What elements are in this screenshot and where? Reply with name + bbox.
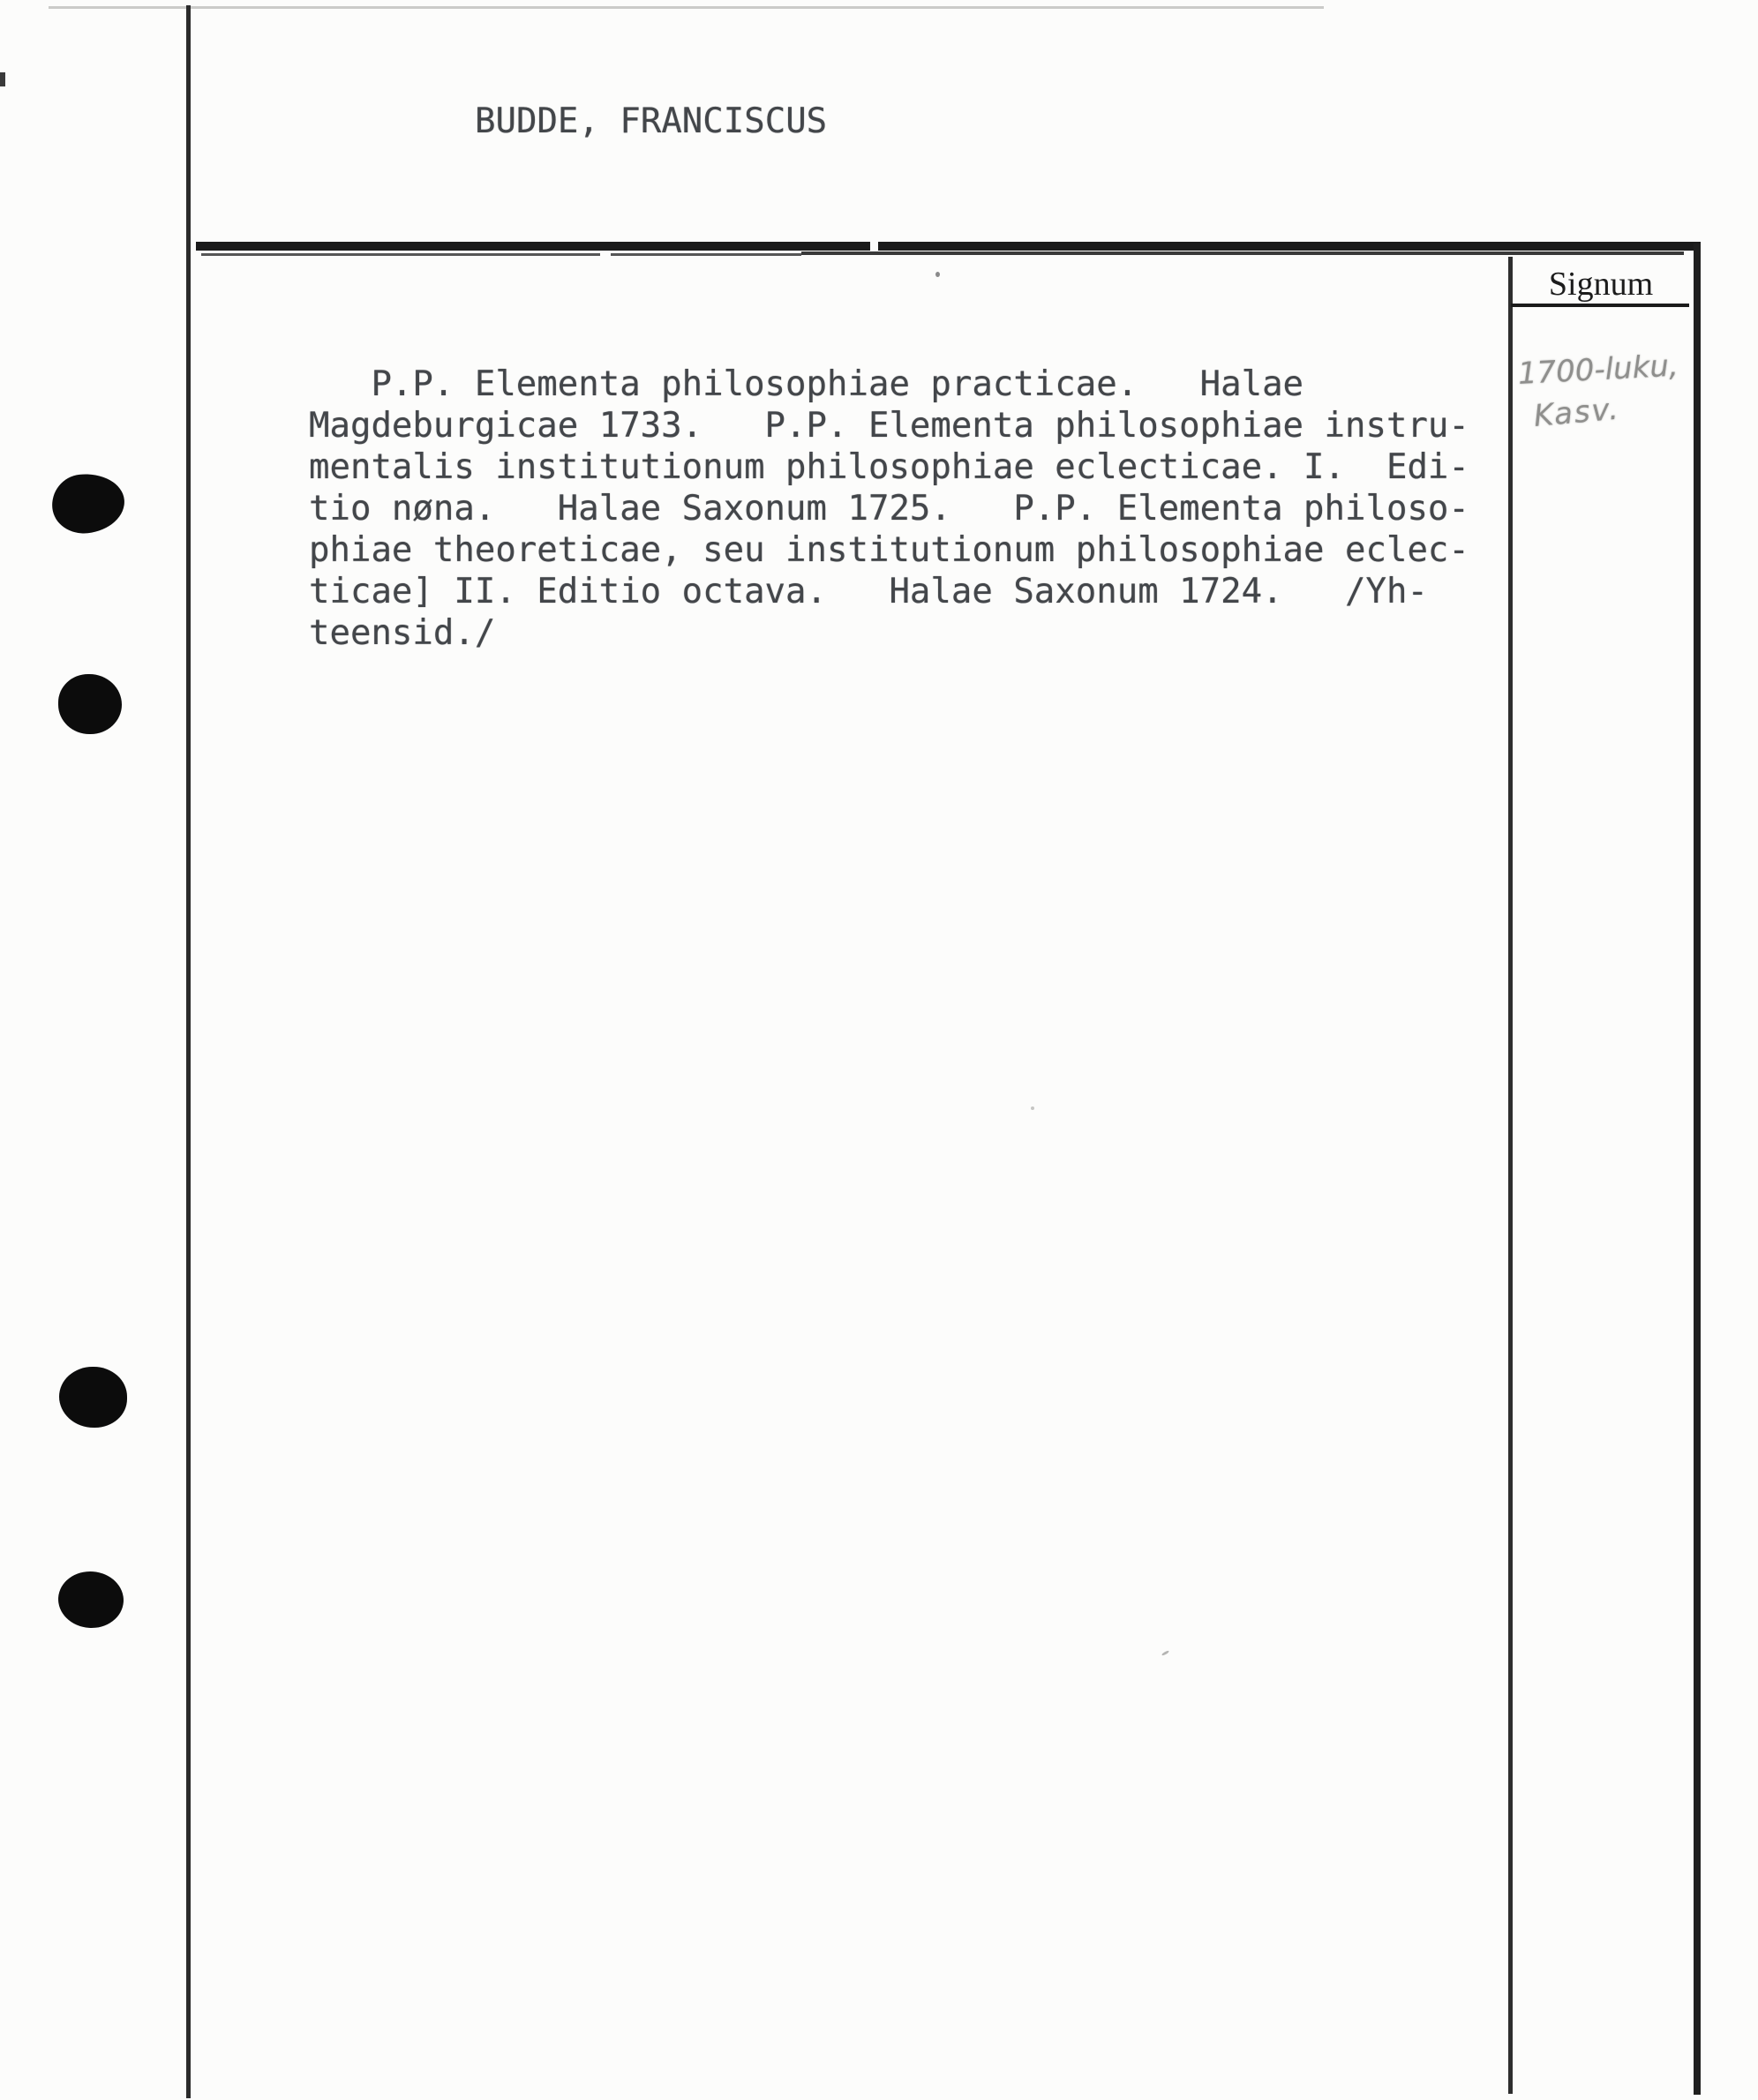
- bibliographic-entry-text: P.P. Elementa philosophiae practicae. Ha…: [309, 364, 1469, 654]
- hole-punch: [49, 470, 128, 536]
- handwritten-shelfmark-line2: Kasv.: [1532, 392, 1621, 434]
- card-right-border-rule: [1694, 244, 1701, 2095]
- hole-punch: [59, 1367, 127, 1428]
- handwritten-shelfmark-line1: 1700-luku,: [1517, 349, 1679, 392]
- header-rule-gap: [870, 241, 878, 251]
- scan-speck: [1031, 1106, 1034, 1110]
- signum-column-header: Signum: [1513, 265, 1689, 304]
- card-heading: BUDDE, FRANCISCUS: [475, 101, 827, 142]
- left-margin-rule: [186, 5, 191, 2098]
- hole-punch: [56, 1569, 125, 1630]
- top-edge-scan-line: [49, 6, 1324, 9]
- scan-speck: [1161, 1650, 1169, 1656]
- hole-punch: [58, 674, 122, 734]
- left-edge-scan-artifact: [0, 72, 5, 86]
- header-rule-thin-segment: [801, 251, 1684, 255]
- scan-speck: [935, 272, 940, 277]
- signum-header-underline: [1511, 304, 1689, 307]
- header-rule-thick: [196, 242, 1701, 251]
- header-rule-thin-segment: [611, 253, 801, 256]
- header-rule-thin-segment: [201, 253, 600, 256]
- signum-column-left-rule: [1508, 257, 1513, 2094]
- catalog-card-scan: BUDDE, FRANCISCUS P.P. Elementa philosop…: [0, 0, 1758, 2100]
